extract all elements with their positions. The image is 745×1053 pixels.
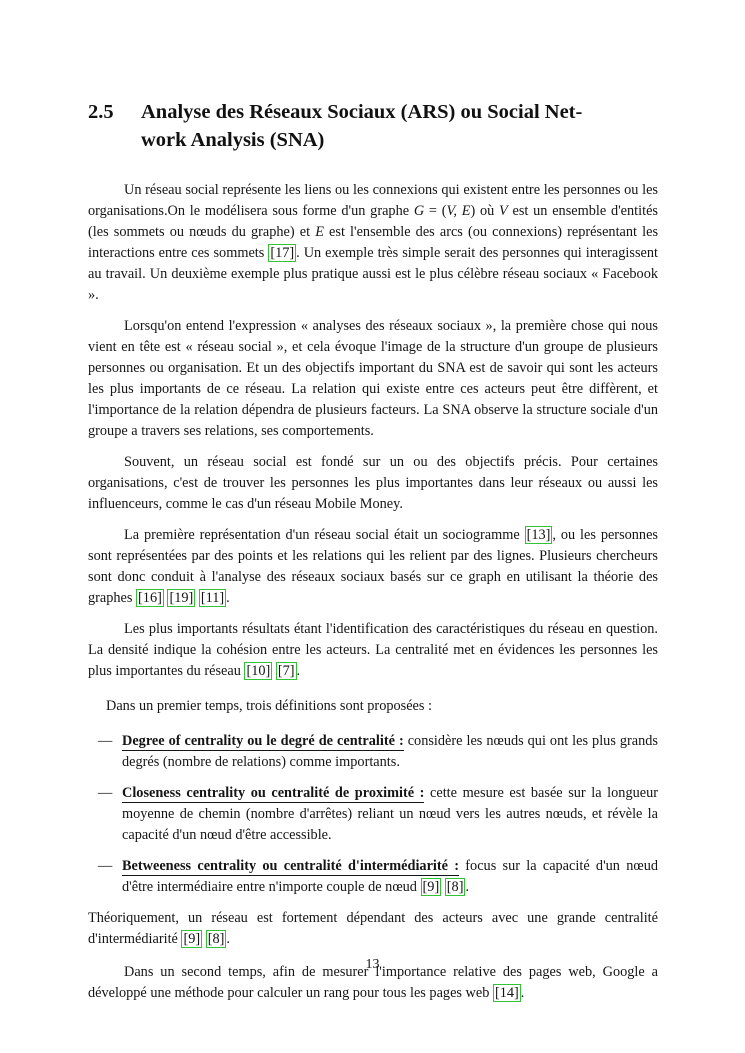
list-item-text: Betweeness centrality ou centralité d'in…: [122, 856, 658, 898]
list-item-title: Closeness centrality ou centralité de pr…: [122, 785, 424, 803]
math-var: E: [315, 224, 324, 240]
section-heading: 2.5 Analyse des Réseaux Sociaux (ARS) ou…: [88, 98, 658, 154]
paragraph: Souvent, un réseau social est fondé sur …: [88, 452, 658, 515]
citation-link[interactable]: [9]: [181, 930, 202, 948]
list-item-title: Degree of centrality ou le degré de cent…: [122, 733, 404, 751]
citation-link[interactable]: [13]: [525, 526, 553, 544]
list-item: —Betweeness centrality ou centralité d'i…: [88, 856, 658, 898]
section-number: 2.5: [88, 98, 141, 154]
list-item-title: Betweeness centrality ou centralité d'in…: [122, 858, 459, 876]
citation-link[interactable]: [16]: [136, 589, 164, 607]
section-title-line2: work Analysis (SNA): [141, 126, 582, 154]
list-dash-icon: —: [88, 731, 122, 773]
document-page: 2.5 Analyse des Réseaux Sociaux (ARS) ou…: [0, 0, 745, 1053]
list-item-text: Closeness centrality ou centralité de pr…: [122, 783, 658, 846]
math-var: V: [499, 203, 508, 219]
list-item: —Closeness centrality ou centralité de p…: [88, 783, 658, 846]
citation-link[interactable]: [11]: [199, 589, 226, 607]
list-item-text: Degree of centrality ou le degré de cent…: [122, 731, 658, 773]
citation-link[interactable]: [9]: [421, 878, 442, 896]
paragraph: Dans un premier temps, trois définitions…: [88, 696, 658, 717]
citation-link[interactable]: [7]: [276, 662, 297, 680]
section-title: Analyse des Réseaux Sociaux (ARS) ou Soc…: [141, 98, 582, 154]
document-content: 2.5 Analyse des Réseaux Sociaux (ARS) ou…: [88, 98, 658, 1014]
citation-link[interactable]: [17]: [268, 244, 296, 262]
citation-link[interactable]: [8]: [206, 930, 227, 948]
section-title-line1: Analyse des Réseaux Sociaux (ARS) ou Soc…: [141, 98, 582, 126]
list-item: —Degree of centrality ou le degré de cen…: [88, 731, 658, 773]
math-var: G: [414, 203, 424, 219]
page-number: 13: [0, 957, 745, 973]
document-body: Un réseau social représente les liens ou…: [88, 180, 658, 1004]
citation-link[interactable]: [8]: [445, 878, 466, 896]
paragraph: Lorsqu'on entend l'expression « analyses…: [88, 316, 658, 442]
list-dash-icon: —: [88, 856, 122, 898]
citation-link[interactable]: [19]: [167, 589, 195, 607]
paragraph: Les plus importants résultats étant l'id…: [88, 619, 658, 682]
list-dash-icon: —: [88, 783, 122, 846]
citation-link[interactable]: [10]: [244, 662, 272, 680]
paragraph: La première représentation d'un réseau s…: [88, 525, 658, 609]
paragraph: Théoriquement, un réseau est fortement d…: [88, 908, 658, 950]
definition-list: —Degree of centrality ou le degré de cen…: [88, 731, 658, 898]
citation-link[interactable]: [14]: [493, 984, 521, 1002]
math-var: V, E: [447, 203, 471, 219]
paragraph: Un réseau social représente les liens ou…: [88, 180, 658, 306]
